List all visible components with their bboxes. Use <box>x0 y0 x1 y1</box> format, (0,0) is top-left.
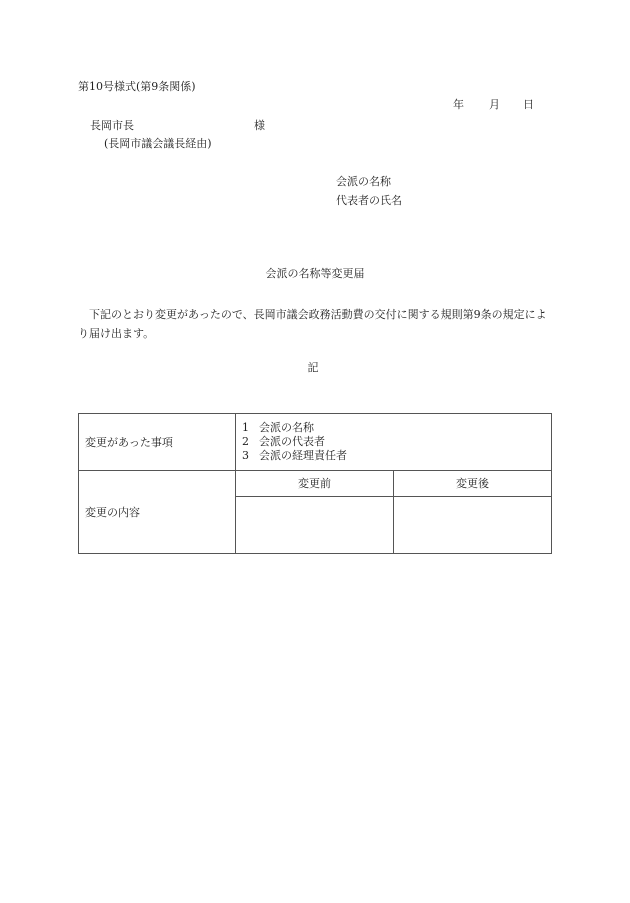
change-form-table: 変更があった事項 1会派の名称 2会派の代表者 3会派の経理責任者 変更の内容 … <box>78 413 552 554</box>
before-header: 変更前 <box>236 471 394 497</box>
group-name-label: 会派の名称 <box>336 176 391 187</box>
date-month-label: 月 <box>489 99 523 110</box>
document-title: 会派の名称等変更届 <box>0 268 630 279</box>
after-value-cell[interactable] <box>394 497 552 554</box>
addressee-honorific: 様 <box>254 120 265 131</box>
item-text: 会派の名称 <box>259 421 314 434</box>
form-number: 第10号様式(第9条関係) <box>78 81 196 92</box>
table-row-changed-items: 変更があった事項 1会派の名称 2会派の代表者 3会派の経理責任者 <box>79 414 552 471</box>
changed-items-list: 1会派の名称 2会派の代表者 3会派の経理責任者 <box>236 414 552 471</box>
before-value-cell[interactable] <box>236 497 394 554</box>
change-content-label: 変更の内容 <box>79 471 236 554</box>
item-text: 会派の経理責任者 <box>259 449 347 462</box>
date-year-label: 年 <box>453 99 489 110</box>
table-row-headers: 変更の内容 変更前 変更後 <box>79 471 552 497</box>
date-day-label: 日 <box>523 99 534 110</box>
addressee-name: 長岡市長 <box>90 120 134 131</box>
item-number: 3 <box>242 449 259 463</box>
item-number: 1 <box>242 421 259 435</box>
after-header: 変更後 <box>394 471 552 497</box>
changed-item: 1会派の名称 <box>242 421 551 435</box>
representative-name-label: 代表者の氏名 <box>336 195 402 206</box>
ki-heading: 記 <box>0 362 626 373</box>
changed-item: 2会派の代表者 <box>242 435 551 449</box>
changed-item: 3会派の経理責任者 <box>242 449 551 463</box>
addressee-via: (長岡市議会議長経由) <box>104 138 212 149</box>
date-line: 年月日 <box>453 99 534 110</box>
body-paragraph: 下記のとおり変更があったので、長岡市議会政務活動費の交付に関する規則第9条の規定… <box>78 305 553 343</box>
item-number: 2 <box>242 435 259 449</box>
item-text: 会派の代表者 <box>259 435 325 448</box>
changed-items-label: 変更があった事項 <box>79 414 236 471</box>
